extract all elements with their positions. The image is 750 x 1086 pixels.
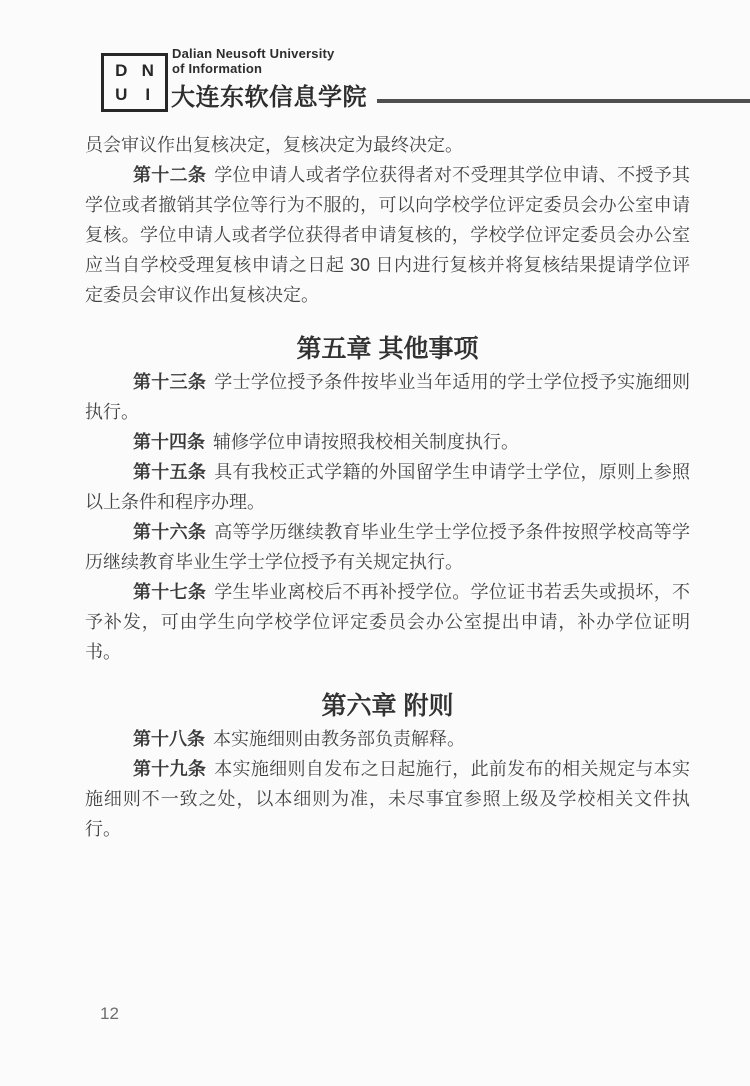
article-17-paragraph: 第十七条学生毕业离校后不再补授学位。学位证书若丢失或损坏，不予补发，可由学生向学… <box>85 577 690 667</box>
chapter-6-heading: 第六章 附则 <box>85 688 690 724</box>
article-19-term: 第十九条 <box>133 759 206 779</box>
header-divider-line <box>377 99 750 103</box>
university-name-english-line1: Dalian Neusoft University <box>172 46 335 61</box>
article-14-text: 辅修学位申请按照我校相关制度执行。 <box>213 432 519 452</box>
page-number: 12 <box>100 1004 119 1024</box>
article-13-paragraph: 第十三条学士学位授予条件按毕业当年适用的学士学位授予实施细则执行。 <box>85 367 690 427</box>
dnui-logo-icon: D N U I <box>101 53 168 112</box>
article-18-term: 第十八条 <box>133 729 205 749</box>
article-19-paragraph: 第十九条本实施细则自发布之日起施行，此前发布的相关规定与本实施细则不一致之处，以… <box>85 754 690 844</box>
article-18-paragraph: 第十八条本实施细则由教务部负责解释。 <box>85 724 690 754</box>
article-15-paragraph: 第十五条具有我校正式学籍的外国留学生申请学士学位，原则上参照以上条件和程序办理。 <box>85 457 690 517</box>
document-body: 员会审议作出复核决定，复核决定为最终决定。 第十二条学位申请人或者学位获得者对不… <box>85 130 690 844</box>
logo-letter: D <box>115 62 127 79</box>
logo-letter: N <box>142 62 154 79</box>
article-13-term: 第十三条 <box>133 372 206 392</box>
article-12-paragraph: 第十二条学位申请人或者学位获得者对不受理其学位申请、不授予其学位或者撤销其学位等… <box>85 160 690 310</box>
article-14-paragraph: 第十四条辅修学位申请按照我校相关制度执行。 <box>85 427 690 457</box>
logo-letter: U <box>115 86 127 103</box>
document-page: D N U I Dalian Neusoft University of Inf… <box>0 0 750 1086</box>
article-14-term: 第十四条 <box>133 432 205 452</box>
article-16-term: 第十六条 <box>133 522 206 542</box>
article-12-text: 学位申请人或者学位获得者对不受理其学位申请、不授予其学位或者撤销其学位等行为不服… <box>85 165 690 305</box>
article-17-term: 第十七条 <box>133 582 206 602</box>
chapter-5-heading: 第五章 其他事项 <box>85 331 690 367</box>
article-15-term: 第十五条 <box>133 462 206 482</box>
logo-letter: I <box>145 86 150 103</box>
article-18-text: 本实施细则由教务部负责解释。 <box>213 729 465 749</box>
article-12-term: 第十二条 <box>133 165 206 185</box>
university-name-english-line2: of Information <box>172 61 335 76</box>
article-16-paragraph: 第十六条高等学历继续教育毕业生学士学位授予条件按照学校高等学历继续教育毕业生学士… <box>85 517 690 577</box>
paragraph-continuation: 员会审议作出复核决定，复核决定为最终决定。 <box>85 130 690 160</box>
university-name-chinese: 大连东软信息学院 <box>171 77 367 112</box>
university-name-english: Dalian Neusoft University of Information <box>172 46 335 76</box>
